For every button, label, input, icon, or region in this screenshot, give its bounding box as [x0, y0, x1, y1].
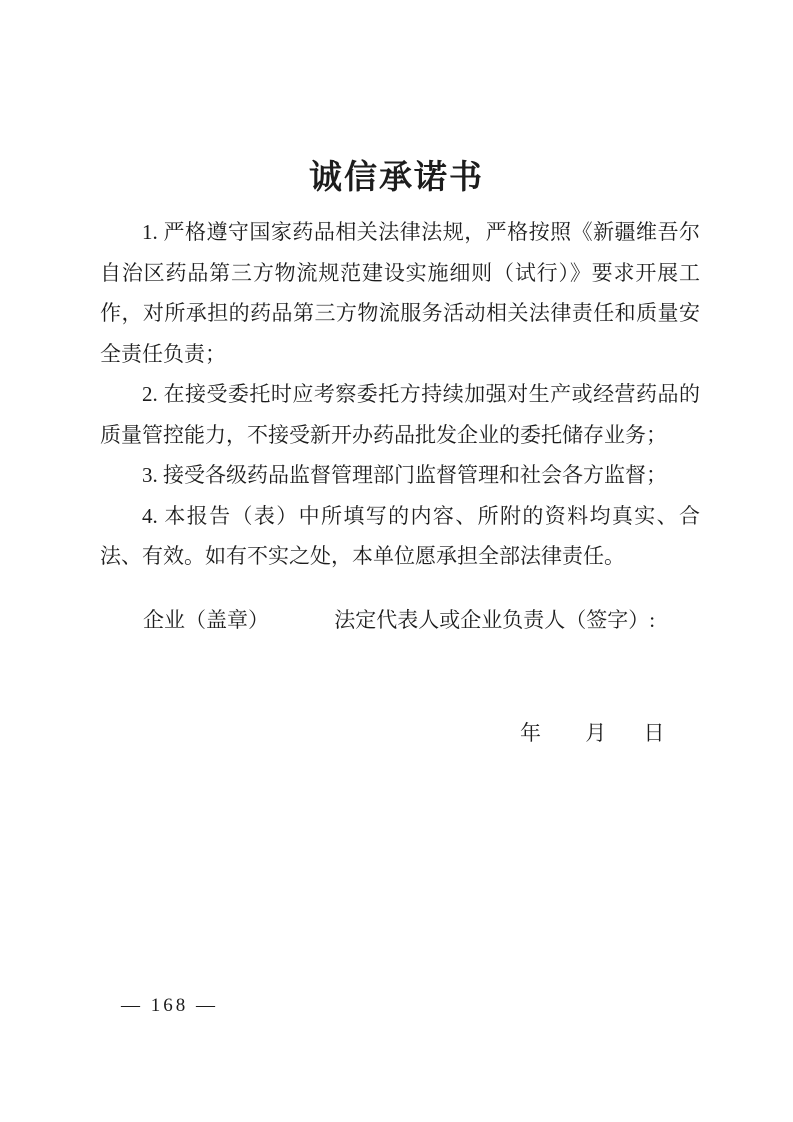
clause-paragraph-4: 4. 本报告（表）中所填写的内容、所附的资料均真实、合法、有效。如有不实之处，本… — [100, 496, 700, 577]
signature-company-label: 企业（盖章） — [143, 606, 269, 634]
date-line: 年 月 日 — [520, 719, 665, 747]
date-day-label: 日 — [644, 719, 665, 747]
date-month-label: 月 — [585, 719, 606, 747]
clause-paragraph-2: 2. 在接受委托时应考察委托方持续加强对生产或经营药品的质量管控能力，不接受新开… — [100, 374, 700, 455]
document-body: 1. 严格遵守国家药品相关法律法规，严格按照《新疆维吾尔自治区药品第三方物流规范… — [100, 212, 700, 577]
document-page: 诚信承诺书 1. 严格遵守国家药品相关法律法规，严格按照《新疆维吾尔自治区药品第… — [0, 0, 793, 1122]
document-title: 诚信承诺书 — [0, 160, 793, 198]
signature-row: 企业（盖章） 法定代表人或企业负责人（签字）: — [100, 606, 740, 634]
page-number: — 168 — — [121, 994, 218, 1018]
clause-paragraph-3: 3. 接受各级药品监督管理部门监督管理和社会各方监督； — [100, 455, 700, 496]
date-year-label: 年 — [520, 719, 541, 747]
clause-paragraph-1: 1. 严格遵守国家药品相关法律法规，严格按照《新疆维吾尔自治区药品第三方物流规范… — [100, 212, 700, 374]
signature-representative-label: 法定代表人或企业负责人（签字）: — [334, 606, 655, 634]
